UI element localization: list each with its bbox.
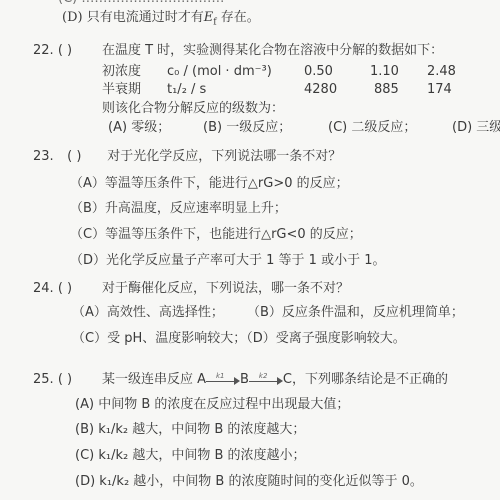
symbol-e: E (204, 10, 214, 25)
option-c: (C) 二级反应； (328, 120, 416, 136)
question-text: 在温度 T 时，实验测得某化合物在溶液中分解的数据如下： (102, 43, 443, 58)
q21-option-d: (D) 只有电流通过时才有Ef 存在。 (62, 10, 260, 26)
row-label: 初浓度 (102, 64, 141, 80)
option-a: (A) 零级； (108, 120, 170, 136)
option-a: （A）高效性、高选择性； (72, 305, 224, 321)
cell-value: 1.10 (370, 64, 399, 80)
answer-blank: ( ) (67, 149, 103, 165)
q23-option-b: （B）升高温度，反应速率明显上升； (70, 201, 287, 217)
q23-option-c: （C）等温等压条件下，也能进行△rG<0 的反应； (70, 227, 362, 243)
q24-options-row-2: （C）受 pH、温度影响较大；（D）受离子强度影响较大。 (72, 331, 406, 347)
q25-option-d: (D) k₁/k₂ 越小，中间物 B 的浓度随时间的变化近似等于 0。 (75, 474, 423, 490)
q22-question: 则该化合物分解反应的级数为： (102, 101, 284, 117)
option-b: (B) 一级反应； (203, 120, 291, 136)
cell-value: 174 (427, 82, 452, 98)
cell-value: 0.50 (304, 64, 333, 80)
question-text: 对于酶催化反应，下列说法，哪一条不对？ (102, 281, 349, 296)
q25-option-c: (C) k₁/k₂ 越大，中间物 B 的浓度越小； (75, 448, 306, 464)
q24-stem: 24. ( ) 对于酶催化反应，下列说法，哪一条不对？ (33, 281, 349, 297)
row-label: 半衰期 (102, 82, 141, 98)
cell-value: 885 (374, 82, 399, 98)
question-number: 22. (33, 43, 54, 59)
q23-option-d: （D）光化学反应量子产率可大于 1 等于 1 或小于 1。 (70, 253, 386, 269)
exam-page: (C) …………………………… (D) 只有电流通过时才有Ef 存在。 22. … (0, 0, 500, 500)
question-number: 25. (33, 372, 54, 388)
option-d: (D) 三级 (452, 120, 500, 136)
question-number: 24. (33, 281, 54, 297)
q22-data-table: 初浓度 c₀ / (mol · dm⁻³) 0.50 1.10 2.48 半衰期… (102, 64, 500, 104)
option-c: （C）受 pH、温度影响较大； (72, 331, 246, 346)
answer-blank: ( ) (58, 372, 98, 388)
q25-option-a: (A) 中间物 B 的浓度在反应过程中出现最大值； (75, 397, 349, 413)
row-quantity: t₁/₂ / s (167, 82, 206, 98)
cell-value: 2.48 (427, 64, 456, 80)
cut-off-line: (C) …………………………… (58, 0, 224, 7)
cell-value: 4280 (304, 82, 337, 98)
q25-option-b: (B) k₁/k₂ 越大，中间物 B 的浓度越大； (75, 422, 305, 438)
option-d: （D）受离子强度影响较大。 (246, 331, 406, 346)
answer-blank: ( ) (58, 43, 98, 59)
reaction-arrow-icon: k1 (206, 374, 240, 386)
q25-stem: 25. ( ) 某一级连串反应 Ak1Bk2C，下列哪条结论是不正确的 (33, 372, 448, 388)
option-label: (D) (62, 10, 83, 25)
question-number: 23. (33, 149, 63, 165)
q23-option-a: （A）等温等压条件下，能进行△rG>0 的反应； (70, 176, 349, 192)
answer-blank: ( ) (58, 281, 98, 297)
q22-stem: 22. ( ) 在温度 T 时，实验测得某化合物在溶液中分解的数据如下： (33, 43, 443, 59)
q23-stem: 23. ( ) 对于光化学反应，下列说法哪一条不对？ (33, 149, 341, 165)
question-text: 对于光化学反应，下列说法哪一条不对？ (107, 149, 341, 164)
option-b: （B）反应条件温和，反应机理简单； (247, 305, 464, 321)
row-quantity: c₀ / (mol · dm⁻³) (167, 64, 272, 80)
reaction-arrow-icon: k2 (249, 374, 283, 386)
